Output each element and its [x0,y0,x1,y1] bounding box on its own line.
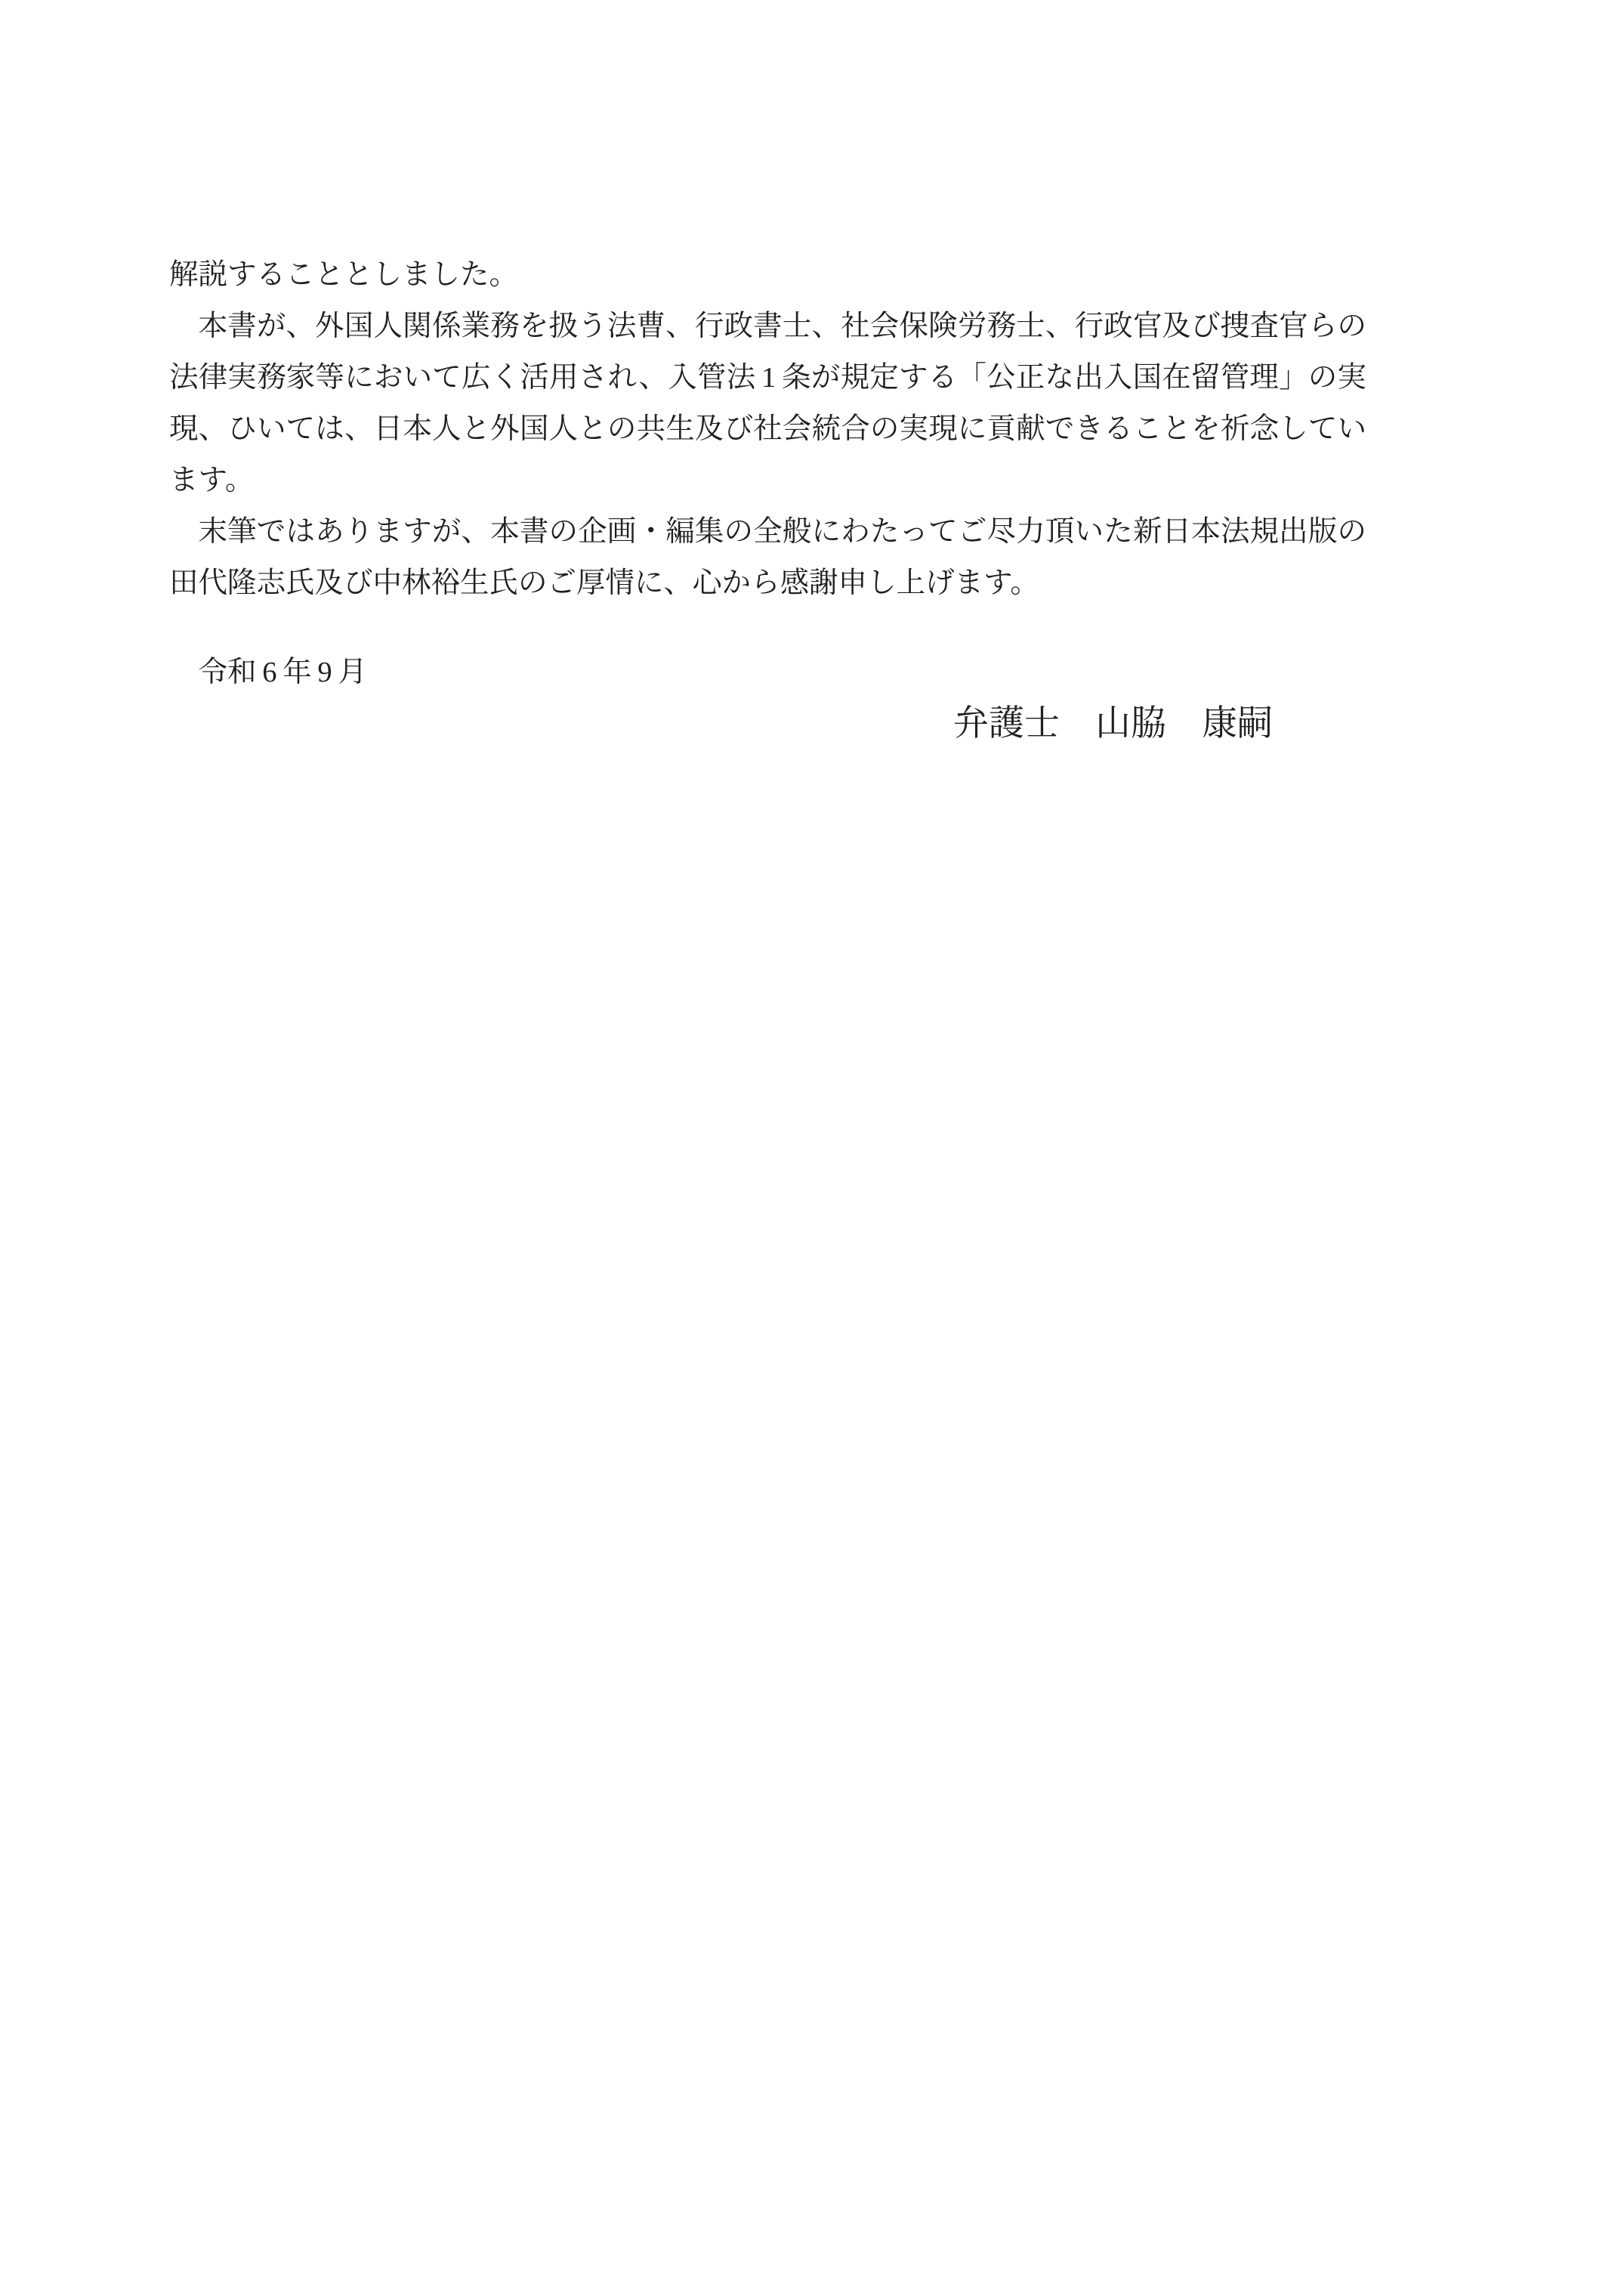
paragraph-closing-sentence: 解説することとしました。 [169,249,1366,301]
signature-line: 弁護士 山脇 康嗣 [953,701,1366,746]
paragraph-hope-for-use: 本書が、外国人関係業務を扱う法曹、行政書士、社会保険労務士、行政官及び捜査官らの… [169,301,1366,506]
preface-text-block: 解説することとしました。 本書が、外国人関係業務を扱う法曹、行政書士、社会保険労… [169,249,1366,746]
date-line: 令和 6 年 9 月 [169,647,1366,698]
paragraph-acknowledgements: 末筆ではありますが、本書の企画・編集の全般にわたってご尽力頂いた新日本法規出版の… [169,506,1366,609]
preface-page: 解説することとしました。 本書が、外国人関係業務を扱う法曹、行政書士、社会保険労… [0,0,1624,2293]
